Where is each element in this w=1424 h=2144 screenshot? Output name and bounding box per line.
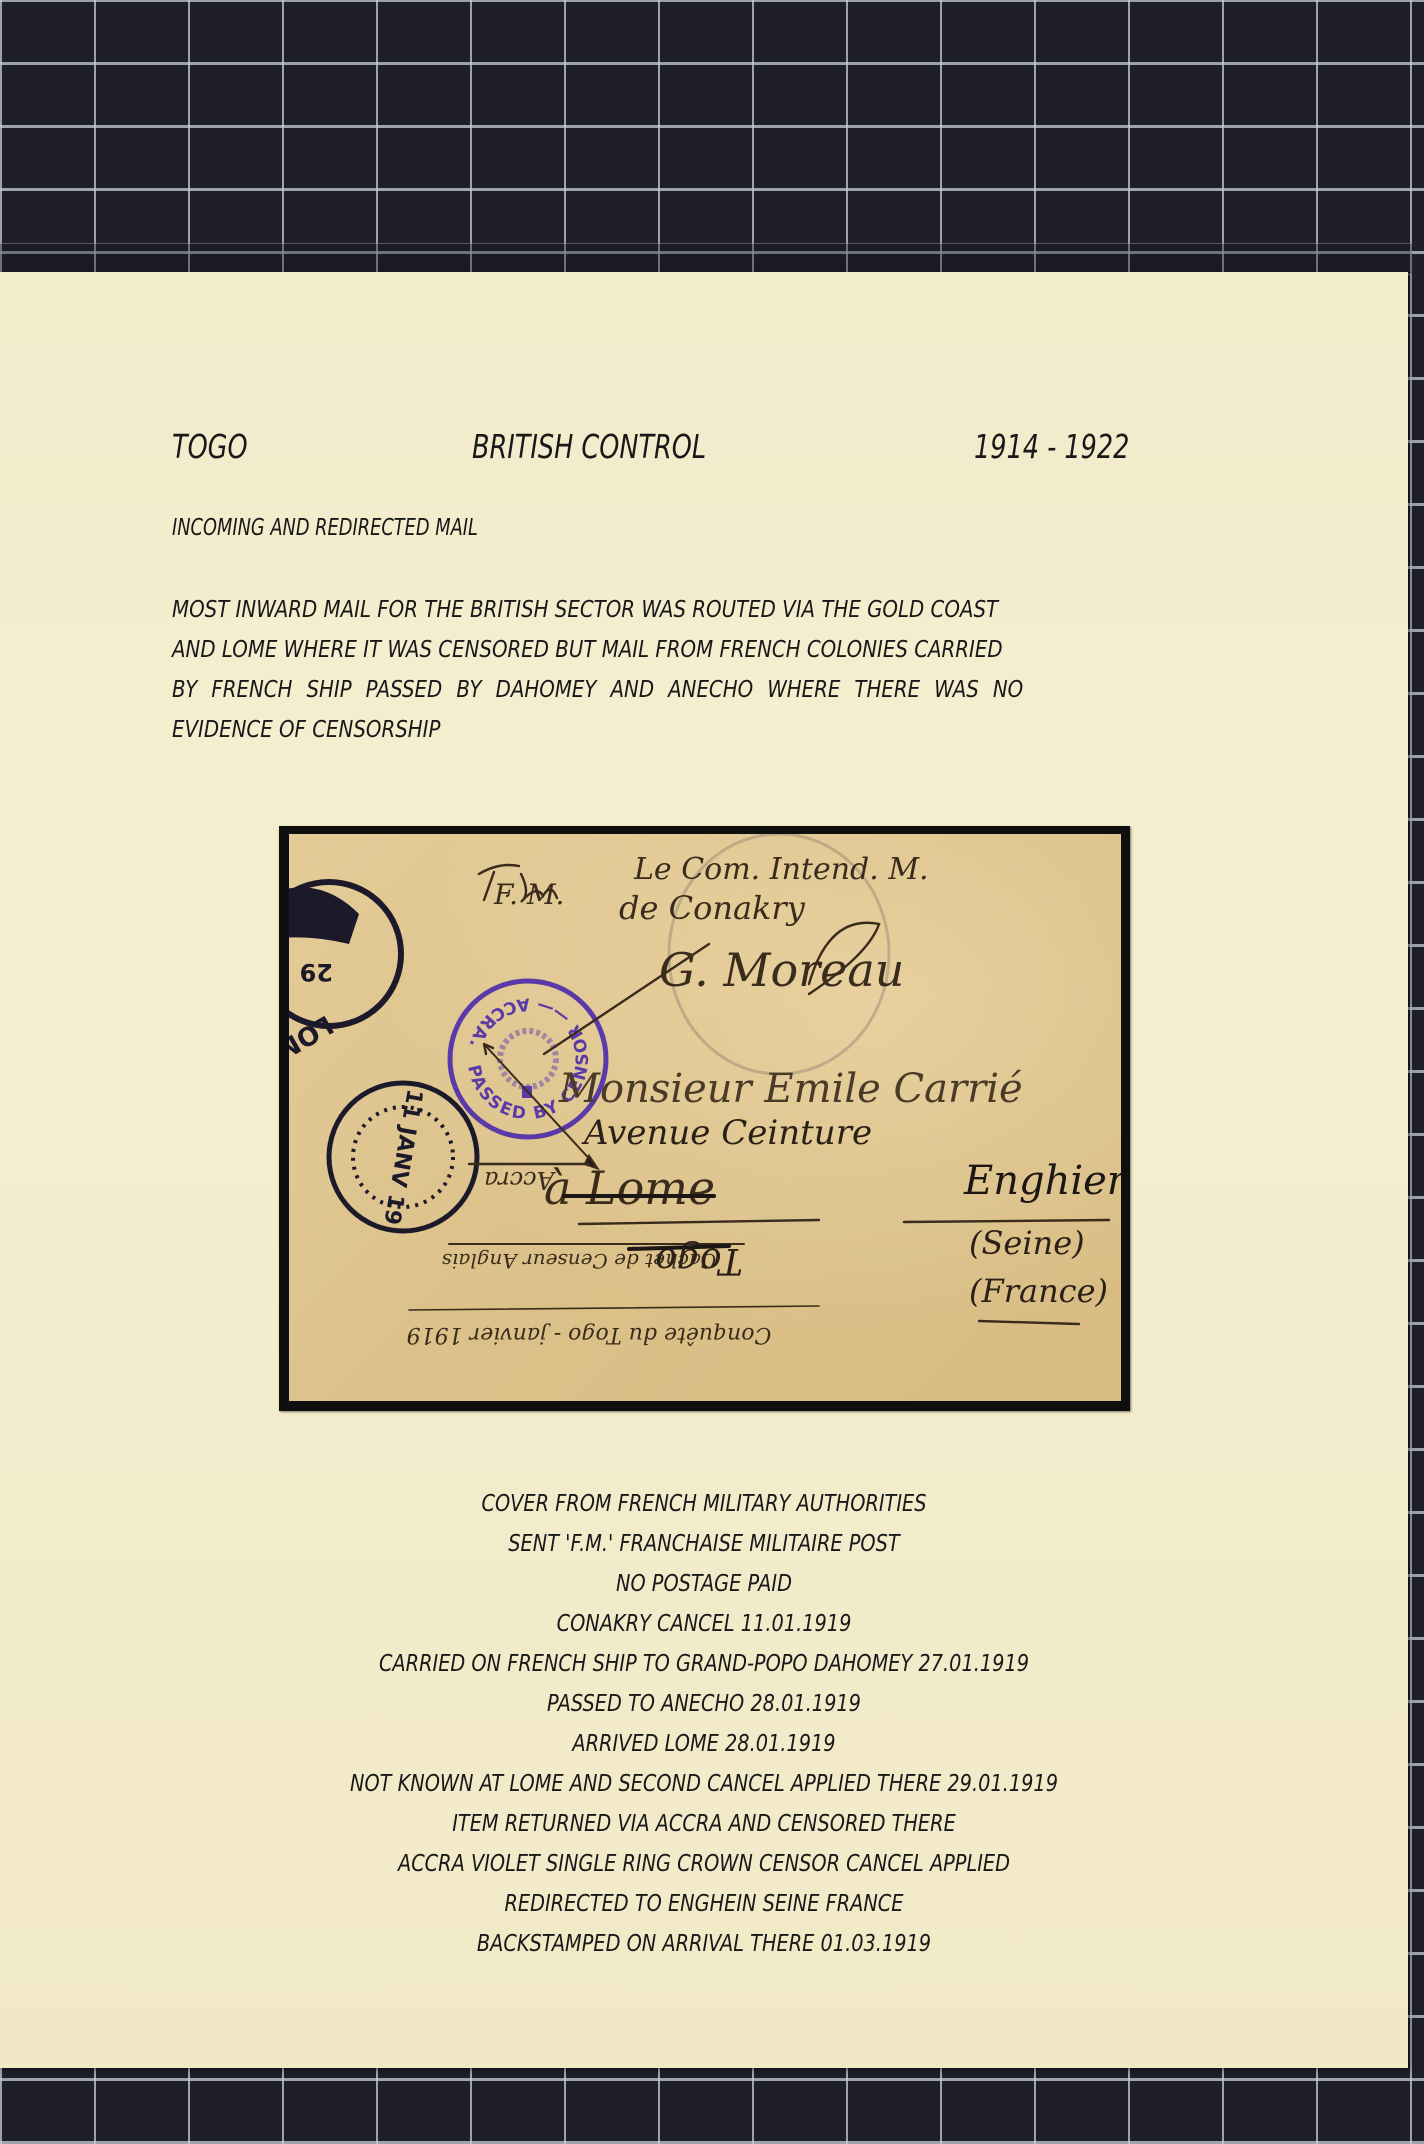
- intro-line: MOST INWARD MAIL FOR THE BRITISH SECTOR …: [172, 590, 1230, 630]
- lome-cancel-icon: 29 1 9 LOM: [289, 882, 401, 1066]
- header-country: TOGO: [172, 427, 248, 466]
- header-title: BRITISH CONTROL: [472, 427, 706, 466]
- caption-line: NO POSTAGE PAID: [113, 1564, 1296, 1604]
- page-subtitle: INCOMING AND REDIRECTED MAIL: [172, 515, 478, 541]
- svg-text:(France): (France): [969, 1272, 1108, 1310]
- svg-text:29 1 9: 29 1 9: [289, 958, 333, 986]
- caption-line: PASSED TO ANECHO 28.01.1919: [113, 1684, 1296, 1724]
- svg-text:Avenue Ceinture: Avenue Ceinture: [581, 1113, 872, 1153]
- cover-photo: 29 1 9 LOM PASSED BY CENSOR —— ACCRA. ——: [289, 834, 1121, 1401]
- svg-text:F. M.: F. M.: [493, 878, 564, 911]
- cover-caption: COVER FROM FRENCH MILITARY AUTHORITIES S…: [0, 1484, 1408, 1964]
- caption-line: CARRIED ON FRENCH SHIP TO GRAND-POPO DAH…: [113, 1644, 1296, 1684]
- svg-text:Monsieur Emile Carrié: Monsieur Emile Carrié: [558, 1066, 1023, 1112]
- album-sleeve-edge: [0, 243, 1412, 275]
- cover-markings: 29 1 9 LOM PASSED BY CENSOR —— ACCRA. ——: [289, 834, 1121, 1401]
- svg-text:Enghien: Enghien: [963, 1158, 1121, 1204]
- conakry-cancel-icon: 11 JANV 19: [329, 1083, 477, 1231]
- svg-text:(Seine): (Seine): [969, 1224, 1085, 1262]
- caption-line: NOT KNOWN AT LOME AND SECOND CANCEL APPL…: [113, 1764, 1296, 1804]
- intro-paragraph: MOST INWARD MAIL FOR THE BRITISH SECTOR …: [172, 590, 1230, 750]
- svg-text:de Conakry: de Conakry: [619, 889, 806, 927]
- svg-text:Le Com. Intend. M.: Le Com. Intend. M.: [633, 852, 929, 887]
- svg-text:à Lome: à Lome: [544, 1161, 715, 1215]
- handwriting-icon: Le Com. Intend. M. de Conakry G. Moreau …: [407, 852, 1121, 1347]
- svg-text:G. Moreau: G. Moreau: [659, 943, 904, 997]
- intro-line: EVIDENCE OF CENSORSHIP: [172, 710, 1230, 750]
- svg-text:Accra: Accra: [484, 1166, 556, 1194]
- caption-line: COVER FROM FRENCH MILITARY AUTHORITIES: [113, 1484, 1296, 1524]
- caption-line: REDIRECTED TO ENGHEIN SEINE FRANCE: [113, 1884, 1296, 1924]
- caption-line: BACKSTAMPED ON ARRIVAL THERE 01.03.1919: [113, 1924, 1296, 1964]
- intro-line: BY FRENCH SHIP PASSED BY DAHOMEY AND ANE…: [172, 670, 1230, 710]
- svg-text:Conquête du Togo - janvier 191: Conquête du Togo - janvier 1919: [407, 1322, 772, 1347]
- header-years: 1914 - 1922: [974, 427, 1129, 466]
- caption-line: SENT 'F.M.' FRANCHAISE MILITAIRE POST: [113, 1524, 1296, 1564]
- caption-line: ITEM RETURNED VIA ACCRA AND CENSORED THE…: [113, 1804, 1296, 1844]
- svg-text:Cachet de Censeur Anglais: Cachet de Censeur Anglais: [442, 1249, 717, 1273]
- caption-line: ARRIVED LOME 28.01.1919: [113, 1724, 1296, 1764]
- caption-line: ACCRA VIOLET SINGLE RING CROWN CENSOR CA…: [113, 1844, 1296, 1884]
- album-page: TOGO BRITISH CONTROL 1914 - 1922 INCOMIN…: [0, 272, 1408, 2068]
- cover-mount: 29 1 9 LOM PASSED BY CENSOR —— ACCRA. ——: [279, 826, 1130, 1411]
- caption-line: CONAKRY CANCEL 11.01.1919: [113, 1604, 1296, 1644]
- intro-line: AND LOME WHERE IT WAS CENSORED BUT MAIL …: [172, 630, 1230, 670]
